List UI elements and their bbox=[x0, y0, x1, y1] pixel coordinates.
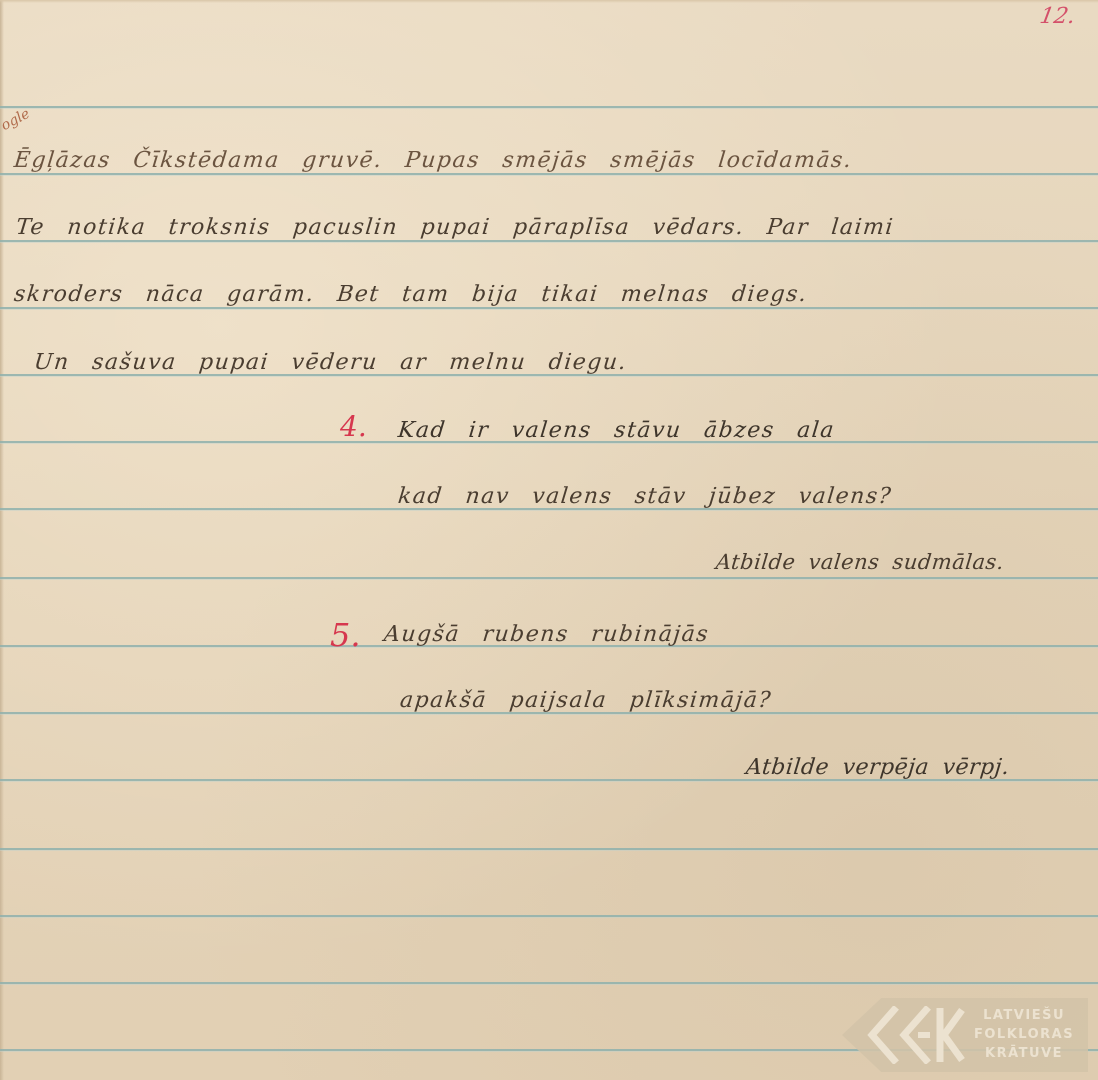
page-number: 12. bbox=[1038, 4, 1077, 29]
riddle-5-line-2: apakšā paijsala plīksimājā? bbox=[399, 688, 773, 713]
logo-line-1: LATVIEŠU bbox=[983, 1006, 1065, 1025]
riddle-number-5: 5. bbox=[330, 616, 361, 654]
logo-text: LATVIEŠU FOLKLORAS KRĀTUVE bbox=[974, 1006, 1074, 1063]
ruled-line bbox=[0, 173, 1098, 175]
page-top-edge bbox=[0, 0, 1098, 3]
page-left-edge bbox=[0, 0, 4, 1080]
margin-annotation: ogle bbox=[0, 106, 33, 134]
ruled-line bbox=[0, 915, 1098, 917]
lfk-chevrons-icon bbox=[856, 1006, 966, 1064]
riddle-4-line-2: kad nav valens stāv jūbez valens? bbox=[397, 484, 894, 509]
ruled-line bbox=[0, 577, 1098, 579]
manuscript-page: 12. ogle Ēgļāzas Čīkstēdama gruvē. Pupas… bbox=[0, 0, 1098, 1080]
paragraph-line-4: Un sašuva pupai vēderu ar melnu diegu. bbox=[33, 350, 629, 375]
ruled-line bbox=[0, 307, 1098, 309]
archive-watermark-logo: LATVIEŠU FOLKLORAS KRĀTUVE bbox=[842, 998, 1088, 1072]
paragraph-line-2: Te notika troksnis pacuslin pupai pārapl… bbox=[15, 215, 896, 240]
paragraph-line-3: skroders nāca garām. Bet tam bija tikai … bbox=[13, 282, 809, 307]
logo-line-2: FOLKLORAS bbox=[974, 1025, 1074, 1044]
paragraph-line-1: Ēgļāzas Čīkstēdama gruvē. Pupas smējās s… bbox=[13, 148, 854, 173]
ruled-line bbox=[0, 848, 1098, 850]
riddle-5-line-1: Augšā rubens rubinājās bbox=[383, 622, 711, 647]
ruled-line bbox=[0, 982, 1098, 984]
logo-line-3: KRĀTUVE bbox=[985, 1044, 1063, 1063]
riddle-5-answer: Atbilde verpēja vērpj. bbox=[745, 755, 1011, 780]
riddle-number-4: 4. bbox=[340, 410, 367, 443]
riddle-4-line-1: Kad ir valens stāvu ābzes ala bbox=[397, 418, 837, 443]
ruled-line bbox=[0, 240, 1098, 242]
riddle-4-answer: Atbilde valens sudmālas. bbox=[715, 550, 1006, 574]
ruled-line bbox=[0, 106, 1098, 108]
